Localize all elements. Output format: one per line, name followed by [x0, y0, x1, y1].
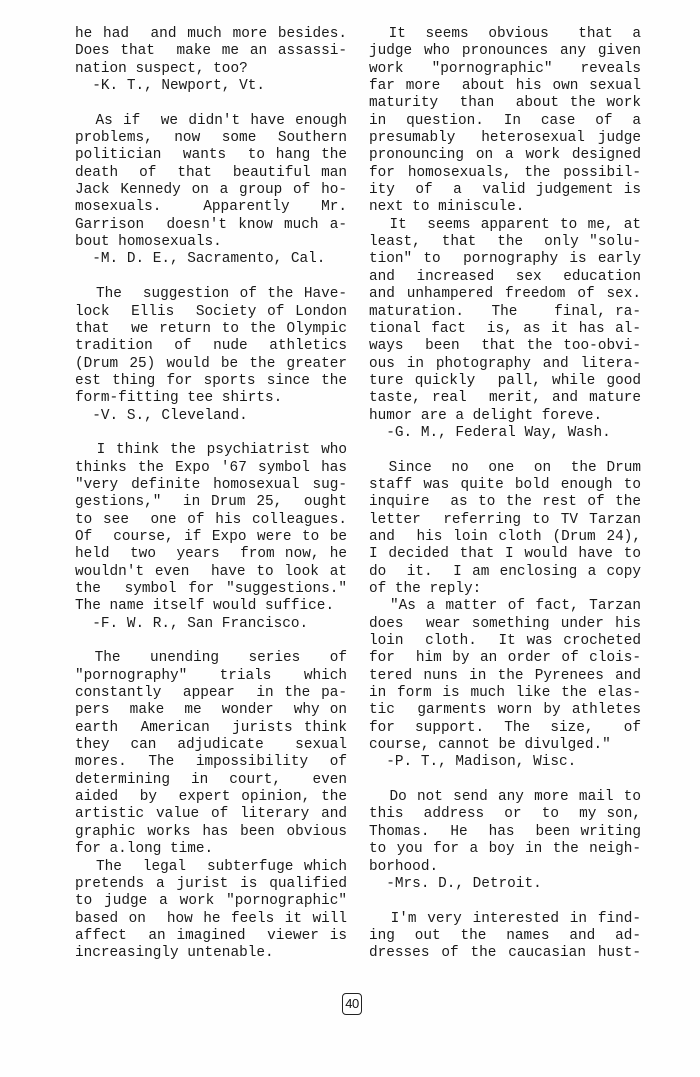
letter-line: The unending series of [75, 650, 347, 667]
letter-line: affect an imagined viewer is [75, 928, 347, 945]
letter-line: mosexuals. Apparently Mr. [75, 199, 347, 216]
letter-line: problems, now some Southern [75, 130, 347, 147]
reader-letter: It seems obvious that ajudge who pronoun… [369, 26, 641, 442]
letter-line: and increased sex education [369, 269, 641, 286]
letter-line: nation suspect, too? [75, 61, 347, 78]
letter-line: I'm very interested in find- [369, 911, 641, 928]
letter-line: thinks the Expo '67 symbol has [75, 460, 347, 477]
letter-line: work "pornographic" reveals [369, 61, 641, 78]
letter-signature: -Mrs. D., Detroit. [369, 876, 641, 893]
letter-line: judge who pronounces any given [369, 43, 641, 60]
letter-line: ing out the names and ad- [369, 928, 641, 945]
letter-line: course, cannot be divulged." [369, 737, 641, 754]
letter-line: tered nuns in the Pyrenees and [369, 668, 641, 685]
letter-line: pretends a jurist is qualified [75, 876, 347, 893]
letter-line: loin cloth. It was crocheted [369, 633, 641, 650]
letter-line: It seems obvious that a [369, 26, 641, 43]
letter-line: ous in photography and litera- [369, 356, 641, 373]
letter-line: staff was quite bold enough to [369, 477, 641, 494]
letter-line: politician wants to hang the [75, 147, 347, 164]
letter-line: gestions," in Drum 25, ought [75, 494, 347, 511]
reader-letter: he had and much more besides.Does that m… [75, 26, 347, 95]
letter-line: ture quickly pall, while good [369, 373, 641, 390]
letter-line: and his loin cloth (Drum 24), [369, 529, 641, 546]
letter-line: they can adjudicate sexual [75, 737, 347, 754]
letter-signature: -F. W. R., San Francisco. [75, 616, 347, 633]
reader-letter: Do not send any more mail tothis address… [369, 789, 641, 893]
letter-line: "As a matter of fact, Tarzan [369, 598, 641, 615]
letter-line: letter referring to TV Tarzan [369, 512, 641, 529]
letter-line: ity of a valid judgement is [369, 182, 641, 199]
letter-line: for homosexuals, the possibil- [369, 165, 641, 182]
letter-line: least, that the only "solu- [369, 234, 641, 251]
letter-line: does wear something under his [369, 616, 641, 633]
letter-line: (Drum 25) would be the greater [75, 356, 347, 373]
letter-line: tional fact is, as it has al- [369, 321, 641, 338]
letter-separator [75, 425, 347, 442]
reader-letter: The unending series of"pornography" tria… [75, 650, 347, 962]
letter-separator [369, 772, 641, 789]
letter-line: based on how he feels it will [75, 911, 347, 928]
reader-letter: As if we didn't have enoughproblems, now… [75, 113, 347, 269]
letter-line: inquire as to the rest of the [369, 494, 641, 511]
letter-line: death of that beautiful man [75, 165, 347, 182]
letter-line: to see one of his colleagues. [75, 512, 347, 529]
letter-line: As if we didn't have enough [75, 113, 347, 130]
letter-line: presumably heterosexual judge [369, 130, 641, 147]
letter-line: Jack Kennedy on a group of ho- [75, 182, 347, 199]
letter-line: for him by an order of clois- [369, 650, 641, 667]
letter-line: The legal subterfuge which [75, 859, 347, 876]
letter-line: determining in court, even [75, 772, 347, 789]
letter-line: this address or to my son, [369, 806, 641, 823]
letter-separator [75, 95, 347, 112]
letter-line: Garrison doesn't know much a- [75, 217, 347, 234]
letter-line: Of course, if Expo were to be [75, 529, 347, 546]
letter-line: maturation. The final, ra- [369, 304, 641, 321]
letter-line: graphic works has been obvious [75, 824, 347, 841]
letter-line: tic garments worn by athletes [369, 702, 641, 719]
letter-line: ways been that the too-obvi- [369, 338, 641, 355]
letter-line: to you for a boy in the neigh- [369, 841, 641, 858]
letter-line: Since no one on the Drum [369, 460, 641, 477]
letter-line: that we return to the Olympic [75, 321, 347, 338]
letter-line: he had and much more besides. [75, 26, 347, 43]
letter-line: taste, real merit, and mature [369, 390, 641, 407]
letter-separator [75, 633, 347, 650]
letter-line: artistic value of literary and [75, 806, 347, 823]
letter-line: wouldn't even have to look at [75, 564, 347, 581]
reader-letter: The suggestion of the Have-lock Ellis So… [75, 286, 347, 425]
letter-line: tradition of nude athletics [75, 338, 347, 355]
letter-line: far more about his own sexual [369, 78, 641, 95]
letter-separator [369, 442, 641, 459]
letter-line: humor are a delight foreve. [369, 408, 641, 425]
reader-letter: I'm very interested in find-ing out the … [369, 911, 641, 963]
magazine-page: he had and much more besides.Does that m… [0, 0, 700, 1077]
letter-line: in form is much like the elas- [369, 685, 641, 702]
letter-line: The suggestion of the Have- [75, 286, 347, 303]
letter-line: earth American jurists think [75, 720, 347, 737]
left-column: he had and much more besides.Does that m… [75, 26, 347, 963]
letter-line: lock Ellis Society of London [75, 304, 347, 321]
letter-signature: -G. M., Federal Way, Wash. [369, 425, 641, 442]
letter-line: aided by expert opinion, the [75, 789, 347, 806]
letter-line: do it. I am enclosing a copy [369, 564, 641, 581]
letter-line: Thomas. He has been writing [369, 824, 641, 841]
letter-line: tion" to pornography is early [369, 251, 641, 268]
letter-line: pers make me wonder why on [75, 702, 347, 719]
letter-line: "pornography" trials which [75, 668, 347, 685]
letter-line: in question. In case of a [369, 113, 641, 130]
letter-line: form-fitting tee shirts. [75, 390, 347, 407]
letter-separator [369, 893, 641, 910]
letter-line: mores. The impossibility of [75, 754, 347, 771]
letter-line: borhood. [369, 859, 641, 876]
reader-letter: Since no one on the Drumstaff was quite … [369, 460, 641, 772]
page-number: 40 [342, 993, 362, 1015]
letter-line: It seems apparent to me, at [369, 217, 641, 234]
letter-line: constantly appear in the pa- [75, 685, 347, 702]
letter-line: I think the psychiatrist who [75, 442, 347, 459]
letter-signature: -M. D. E., Sacramento, Cal. [75, 251, 347, 268]
letter-line: to judge a work "pornographic" [75, 893, 347, 910]
letter-line: "very definite homosexual sug- [75, 477, 347, 494]
letter-line: the symbol for "suggestions." [75, 581, 347, 598]
letter-line: increasingly untenable. [75, 945, 347, 962]
letter-line: Do not send any more mail to [369, 789, 641, 806]
letter-signature: -P. T., Madison, Wisc. [369, 754, 641, 771]
letter-line: maturity than about the work [369, 95, 641, 112]
letter-line: for support. The size, of [369, 720, 641, 737]
letter-line: held two years from now, he [75, 546, 347, 563]
letter-line: dresses of the caucasian hust- [369, 945, 641, 962]
letter-line: est thing for sports since the [75, 373, 347, 390]
letter-line: I decided that I would have to [369, 546, 641, 563]
letter-signature: -V. S., Cleveland. [75, 408, 347, 425]
letter-line: for a.long time. [75, 841, 347, 858]
letter-signature: -K. T., Newport, Vt. [75, 78, 347, 95]
letter-line: Does that make me an assassi- [75, 43, 347, 60]
letter-separator [75, 269, 347, 286]
letter-line: of the reply: [369, 581, 641, 598]
letter-line: bout homosexuals. [75, 234, 347, 251]
reader-letter: I think the psychiatrist whothinks the E… [75, 442, 347, 633]
letter-line: and unhampered freedom of sex. [369, 286, 641, 303]
letter-line: pronouncing on a work designed [369, 147, 641, 164]
letter-line: The name itself would suffice. [75, 598, 347, 615]
letter-line: next to miniscule. [369, 199, 641, 216]
right-column: It seems obvious that ajudge who pronoun… [369, 26, 641, 963]
